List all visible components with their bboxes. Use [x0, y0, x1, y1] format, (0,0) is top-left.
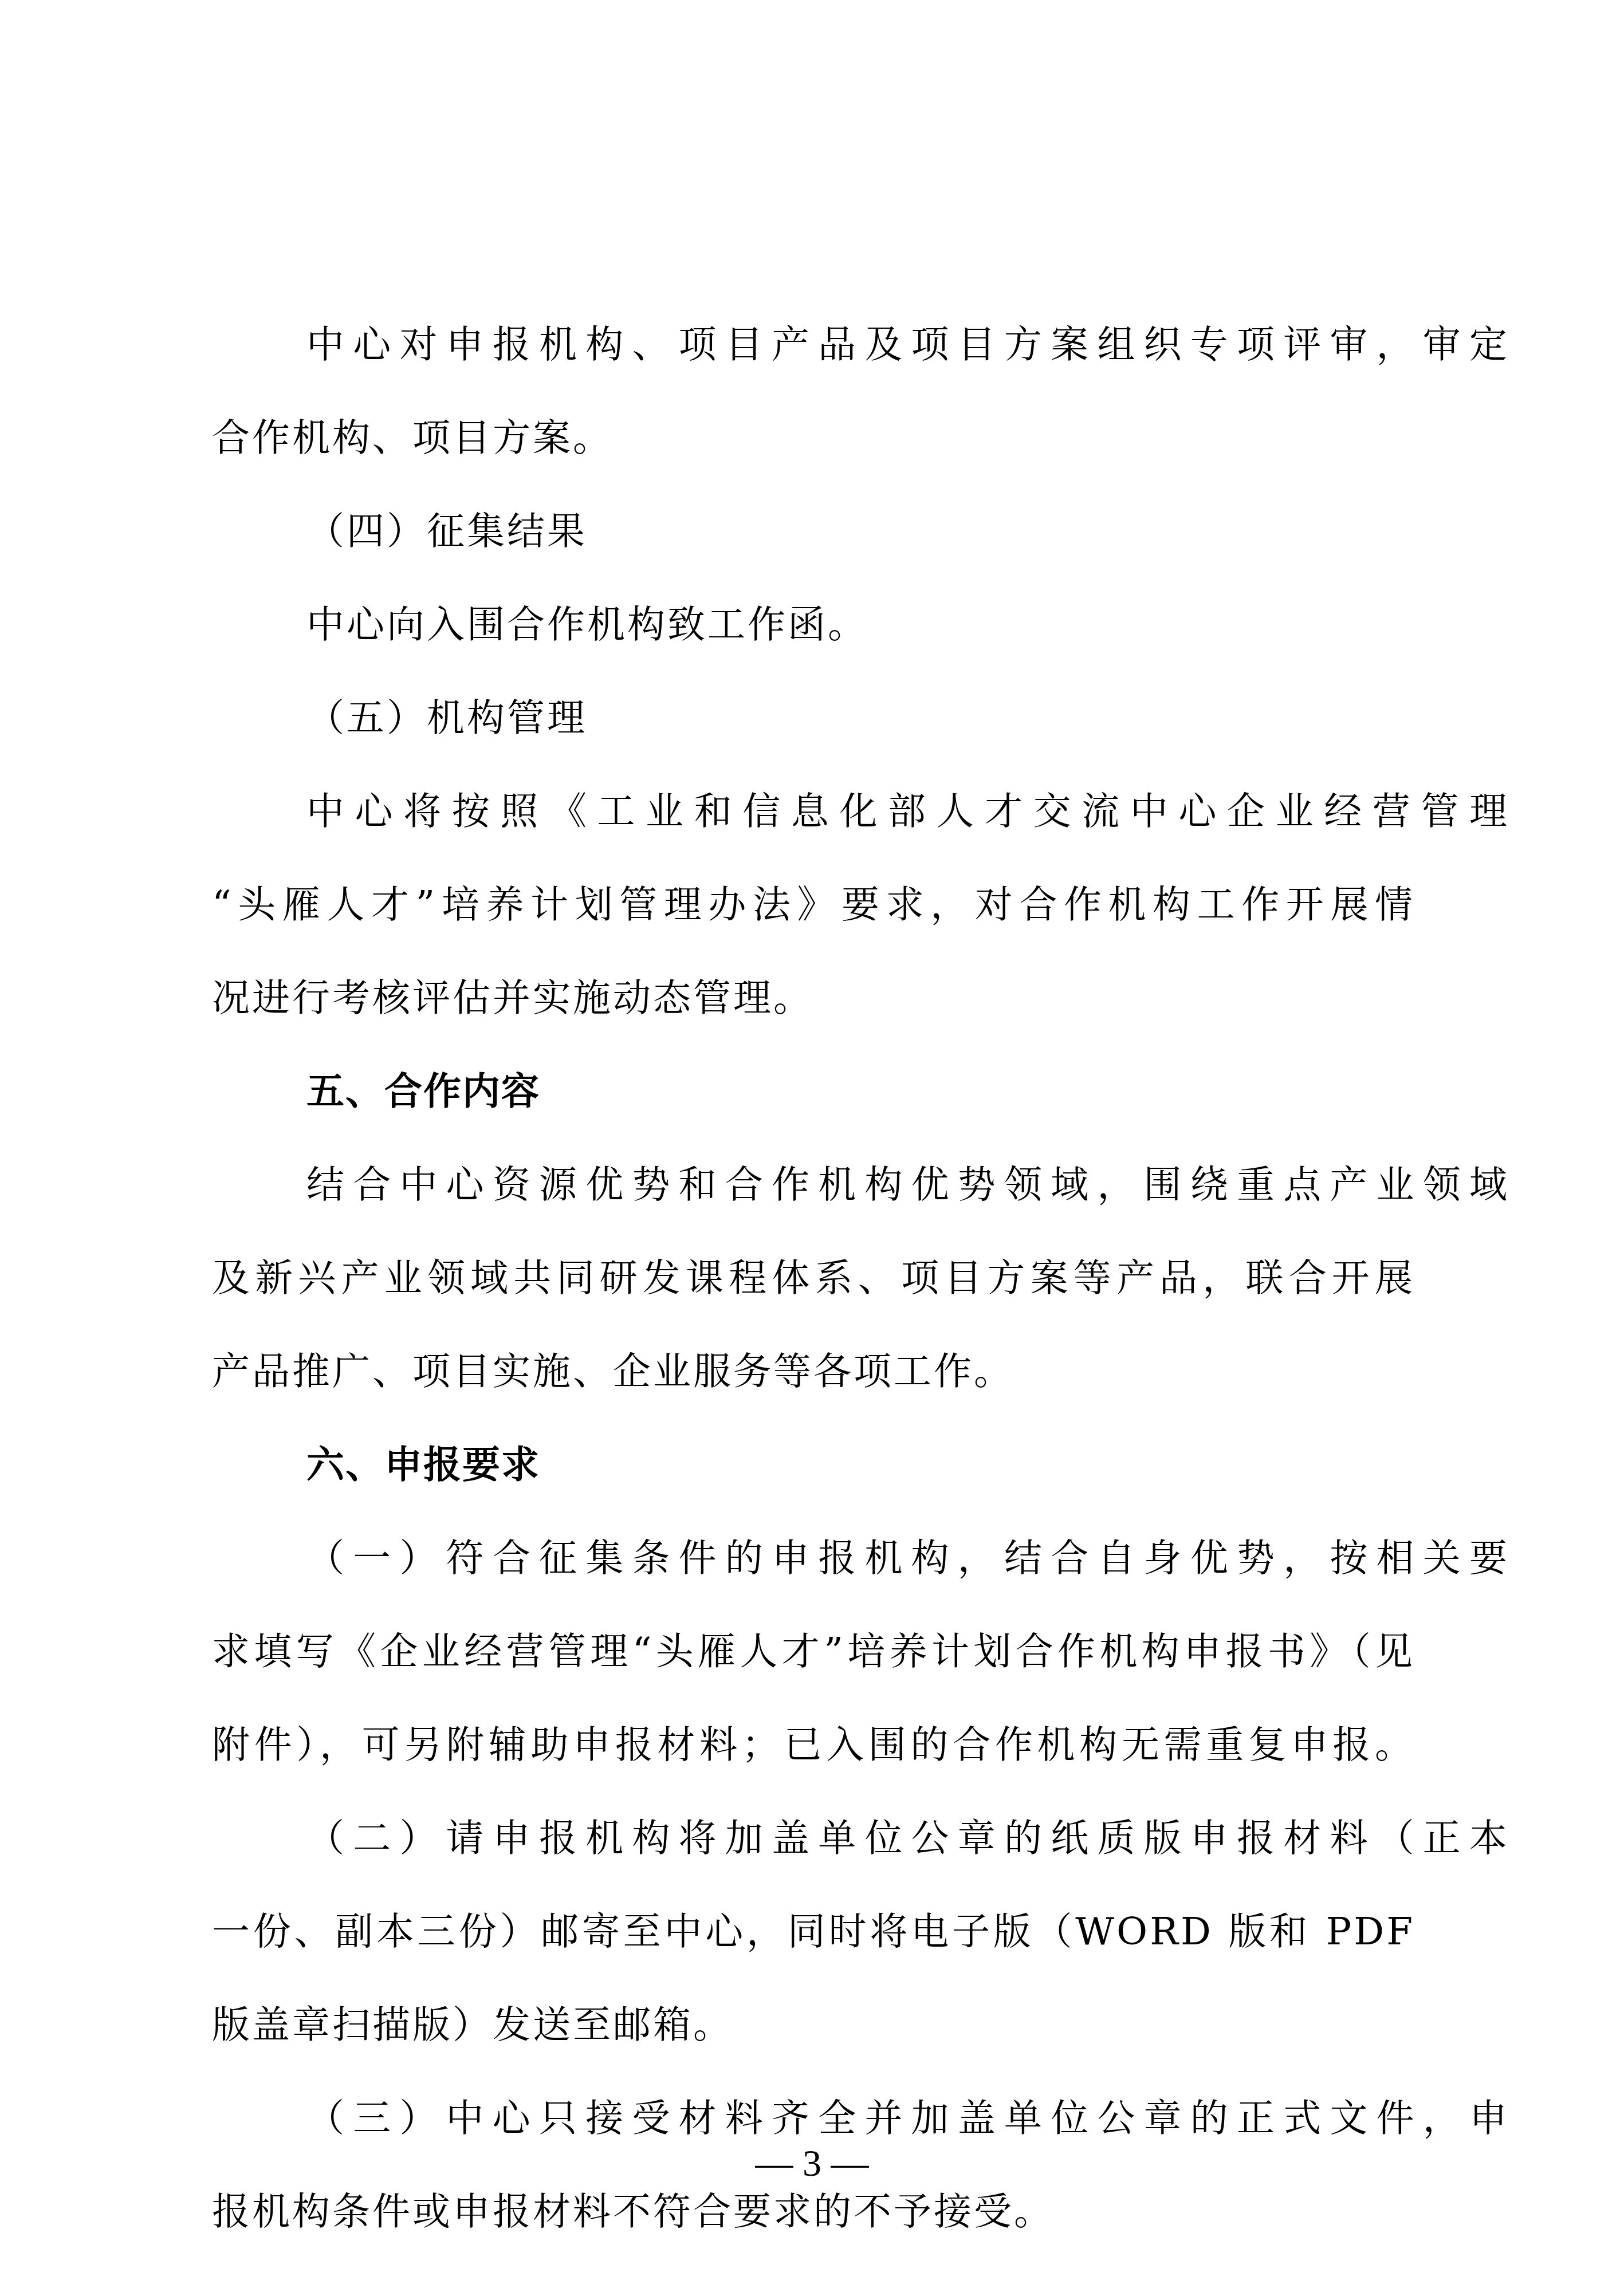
document-body: 中心对申报机构、项目产品及项目方案组织专项评审，审定 合作机构、项目方案。 （四… [212, 298, 1415, 2258]
page-number: — 3 — [0, 2141, 1624, 2187]
text-line: （二）请申报机构将加盖单位公章的纸质版申报材料（正本 [212, 1791, 1509, 1885]
text-line: 附件），可另附辅助申报材料；已入围的合作机构无需重复申报。 [212, 1698, 1415, 1791]
text-line: 中心将按照《工业和信息化部人才交流中心企业经营管理 [212, 765, 1509, 858]
heading-cooperation-content: 五、合作内容 [212, 1045, 1415, 1138]
text-line: 一份、副本三份）邮寄至中心，同时将电子版（WORD 版和 PDF [212, 1885, 1415, 1978]
paragraph-review: 中心对申报机构、项目产品及项目方案组织专项评审，审定 合作机构、项目方案。 [212, 298, 1415, 485]
subheading-institution-management: （五）机构管理 [212, 671, 1415, 765]
paragraph-cooperation-content: 结合中心资源优势和合作机构优势领域，围绕重点产业领域 及新兴产业领域共同研发课程… [212, 1138, 1415, 1418]
text-line: 合作机构、项目方案。 [212, 391, 1415, 485]
subheading-collection-result: （四）征集结果 [212, 485, 1415, 578]
text-line: 中心对申报机构、项目产品及项目方案组织专项评审，审定 [212, 298, 1509, 391]
paragraph-requirement-2: （二）请申报机构将加盖单位公章的纸质版申报材料（正本 一份、副本三份）邮寄至中心… [212, 1791, 1415, 2071]
paragraph-collection-result: 中心向入围合作机构致工作函。 [212, 578, 1415, 671]
text-line: 结合中心资源优势和合作机构优势领域，围绕重点产业领域 [212, 1138, 1509, 1231]
text-line: 及新兴产业领域共同研发课程体系、项目方案等产品，联合开展 [212, 1231, 1415, 1325]
paragraph-requirement-1: （一）符合征集条件的申报机构，结合自身优势，按相关要 求填写《企业经营管理“头雁… [212, 1511, 1415, 1791]
heading-application-requirements: 六、申报要求 [212, 1418, 1415, 1511]
text-line: 版盖章扫描版）发送至邮箱。 [212, 1978, 1415, 2071]
text-line: 况进行考核评估并实施动态管理。 [212, 951, 1415, 1045]
text-line: 产品推广、项目实施、企业服务等各项工作。 [212, 1325, 1415, 1418]
text-line: 求填写《企业经营管理“头雁人才”培养计划合作机构申报书》（见 [212, 1605, 1415, 1698]
text-line: “头雁人才”培养计划管理办法》要求，对合作机构工作开展情 [212, 858, 1415, 951]
text-line: （一）符合征集条件的申报机构，结合自身优势，按相关要 [212, 1511, 1509, 1605]
paragraph-institution-management: 中心将按照《工业和信息化部人才交流中心企业经营管理 “头雁人才”培养计划管理办法… [212, 765, 1415, 1045]
